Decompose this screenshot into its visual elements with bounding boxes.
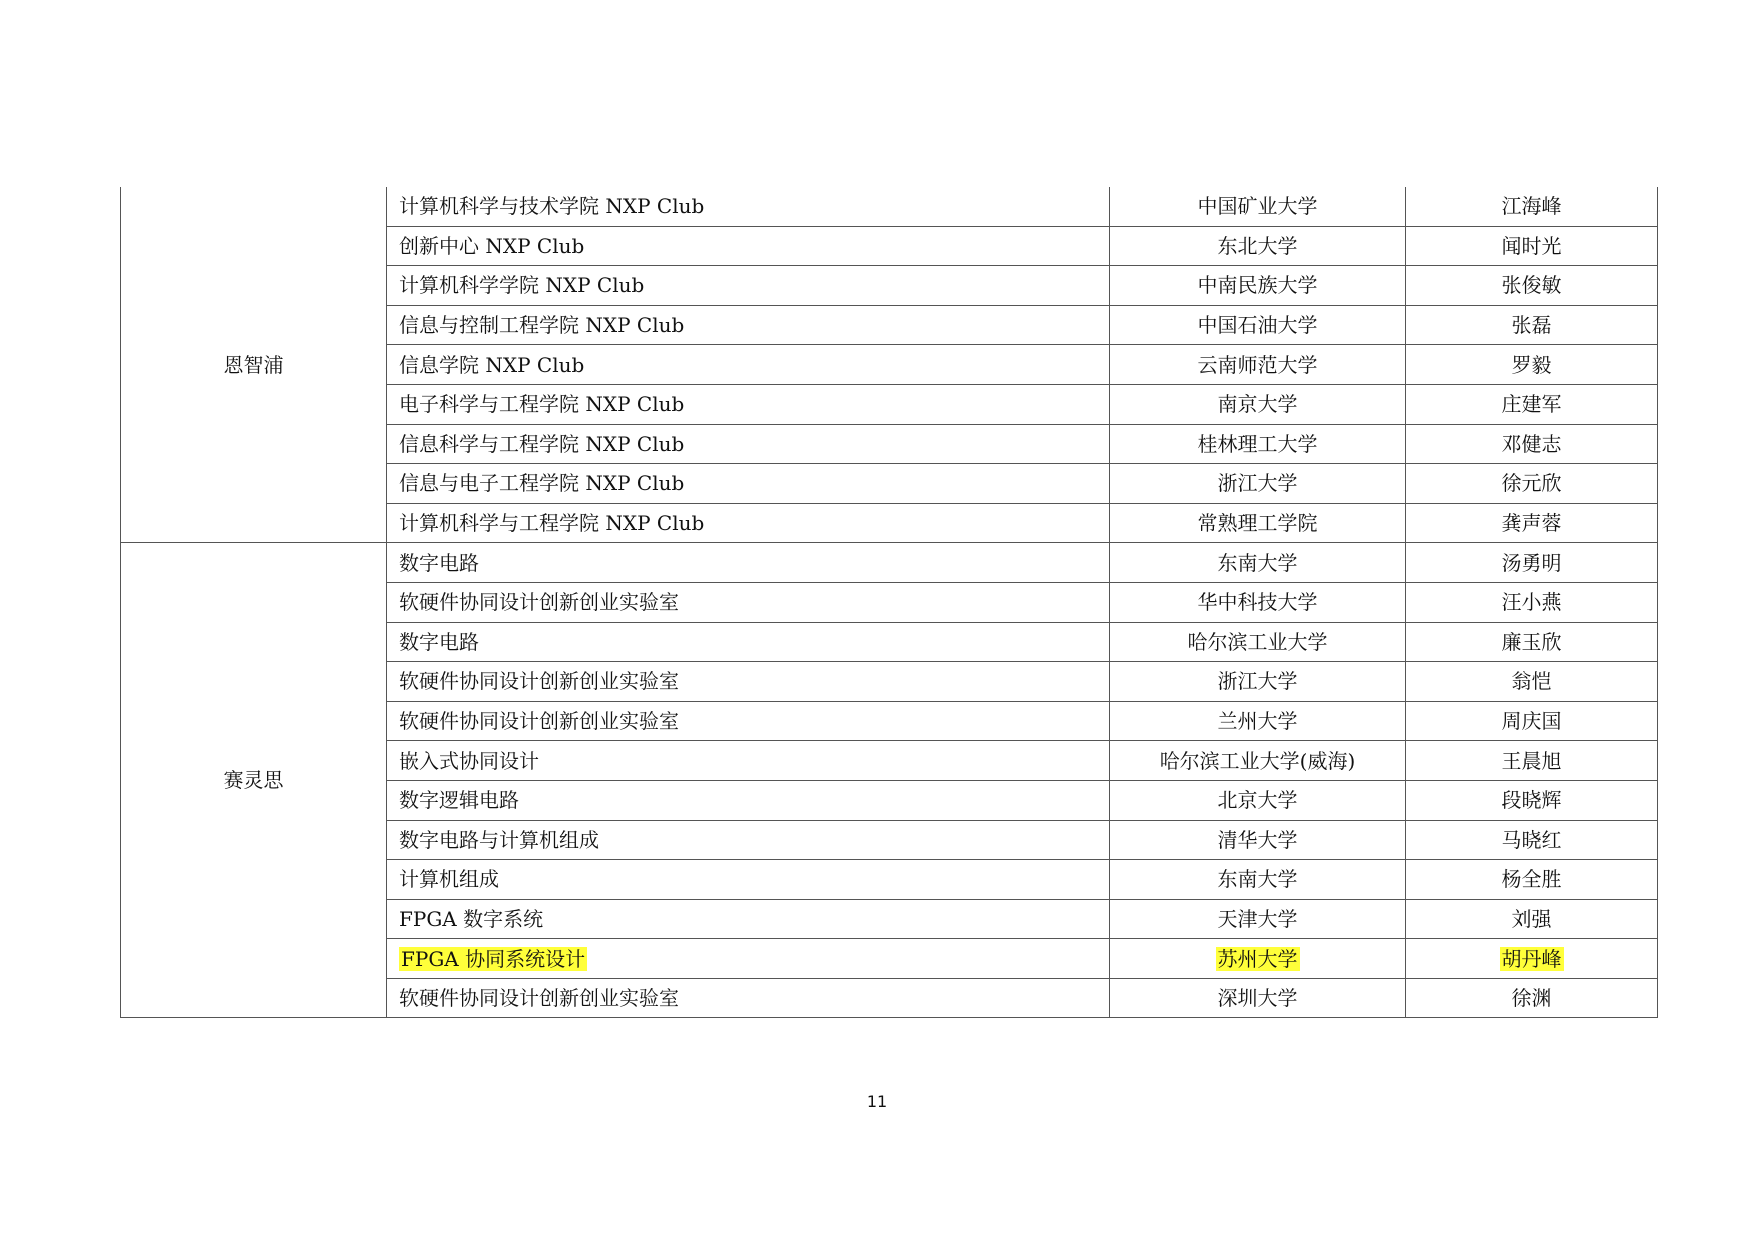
teacher-cell: 刘强 [1406,899,1658,939]
teacher-cell: 张俊敏 [1406,266,1658,306]
school-cell: 兰州大学 [1110,701,1406,741]
school-cell: 中南民族大学 [1110,266,1406,306]
program-cell: 计算机组成 [387,860,1110,900]
program-cell: 计算机科学学院 NXP Club [387,266,1110,306]
school-cell: 哈尔滨工业大学 [1110,622,1406,662]
school-cell: 北京大学 [1110,780,1406,820]
teacher-cell: 邓健志 [1406,424,1658,464]
teacher-cell: 廉玉欣 [1406,622,1658,662]
teacher-cell: 庄建军 [1406,384,1658,424]
school-cell: 清华大学 [1110,820,1406,860]
teacher-cell: 徐渊 [1406,978,1658,1018]
table-row: 赛灵思 数字电路 东南大学 汤勇明 [121,543,1658,583]
table-body: 恩智浦 计算机科学与技术学院 NXP Club 中国矿业大学 江海峰 创新中心 … [121,187,1658,1018]
teacher-cell: 胡丹峰 [1406,939,1658,979]
school-cell: 中国矿业大学 [1110,187,1406,226]
program-cell: FPGA 数字系统 [387,899,1110,939]
teacher-cell: 翁恺 [1406,662,1658,702]
school-cell: 东南大学 [1110,543,1406,583]
sponsor-cell: 恩智浦 [121,187,387,543]
school-cell: 常熟理工学院 [1110,503,1406,543]
program-cell: 软硬件协同设计创新创业实验室 [387,701,1110,741]
program-cell: 软硬件协同设计创新创业实验室 [387,978,1110,1018]
highlight-mark: FPGA 协同系统设计 [399,947,587,971]
program-cell: 信息与控制工程学院 NXP Club [387,305,1110,345]
teacher-cell: 杨全胜 [1406,860,1658,900]
program-cell: 计算机科学与技术学院 NXP Club [387,187,1110,226]
teacher-cell: 王晨旭 [1406,741,1658,781]
school-cell: 苏州大学 [1110,939,1406,979]
teacher-cell: 江海峰 [1406,187,1658,226]
program-cell: 数字电路 [387,543,1110,583]
school-cell: 东南大学 [1110,860,1406,900]
teacher-cell: 周庆国 [1406,701,1658,741]
program-cell: 软硬件协同设计创新创业实验室 [387,662,1110,702]
sponsor-program-table: 恩智浦 计算机科学与技术学院 NXP Club 中国矿业大学 江海峰 创新中心 … [120,187,1658,1018]
program-cell: 信息与电子工程学院 NXP Club [387,464,1110,504]
program-cell: 计算机科学与工程学院 NXP Club [387,503,1110,543]
school-cell: 浙江大学 [1110,464,1406,504]
school-cell: 云南师范大学 [1110,345,1406,385]
teacher-cell: 龚声蓉 [1406,503,1658,543]
school-cell: 哈尔滨工业大学(威海) [1110,741,1406,781]
teacher-cell: 汪小燕 [1406,582,1658,622]
teacher-cell: 马晓红 [1406,820,1658,860]
program-cell: 创新中心 NXP Club [387,226,1110,266]
program-cell: 电子科学与工程学院 NXP Club [387,384,1110,424]
program-cell: 数字电路 [387,622,1110,662]
program-cell: FPGA 协同系统设计 [387,939,1110,979]
teacher-cell: 徐元欣 [1406,464,1658,504]
teacher-cell: 段晓辉 [1406,780,1658,820]
sponsor-cell: 赛灵思 [121,543,387,1018]
program-cell: 软硬件协同设计创新创业实验室 [387,582,1110,622]
program-cell: 信息科学与工程学院 NXP Club [387,424,1110,464]
highlight-mark: 苏州大学 [1216,947,1300,971]
school-cell: 中国石油大学 [1110,305,1406,345]
school-cell: 深圳大学 [1110,978,1406,1018]
teacher-cell: 闻时光 [1406,226,1658,266]
school-cell: 南京大学 [1110,384,1406,424]
school-cell: 天津大学 [1110,899,1406,939]
school-cell: 东北大学 [1110,226,1406,266]
program-cell: 数字逻辑电路 [387,780,1110,820]
teacher-cell: 罗毅 [1406,345,1658,385]
school-cell: 浙江大学 [1110,662,1406,702]
program-cell: 嵌入式协同设计 [387,741,1110,781]
teacher-cell: 张磊 [1406,305,1658,345]
page-number: 11 [0,1092,1754,1111]
school-cell: 华中科技大学 [1110,582,1406,622]
program-cell: 信息学院 NXP Club [387,345,1110,385]
table-row: 恩智浦 计算机科学与技术学院 NXP Club 中国矿业大学 江海峰 [121,187,1658,226]
teacher-cell: 汤勇明 [1406,543,1658,583]
program-cell: 数字电路与计算机组成 [387,820,1110,860]
school-cell: 桂林理工大学 [1110,424,1406,464]
highlight-mark: 胡丹峰 [1500,947,1564,971]
